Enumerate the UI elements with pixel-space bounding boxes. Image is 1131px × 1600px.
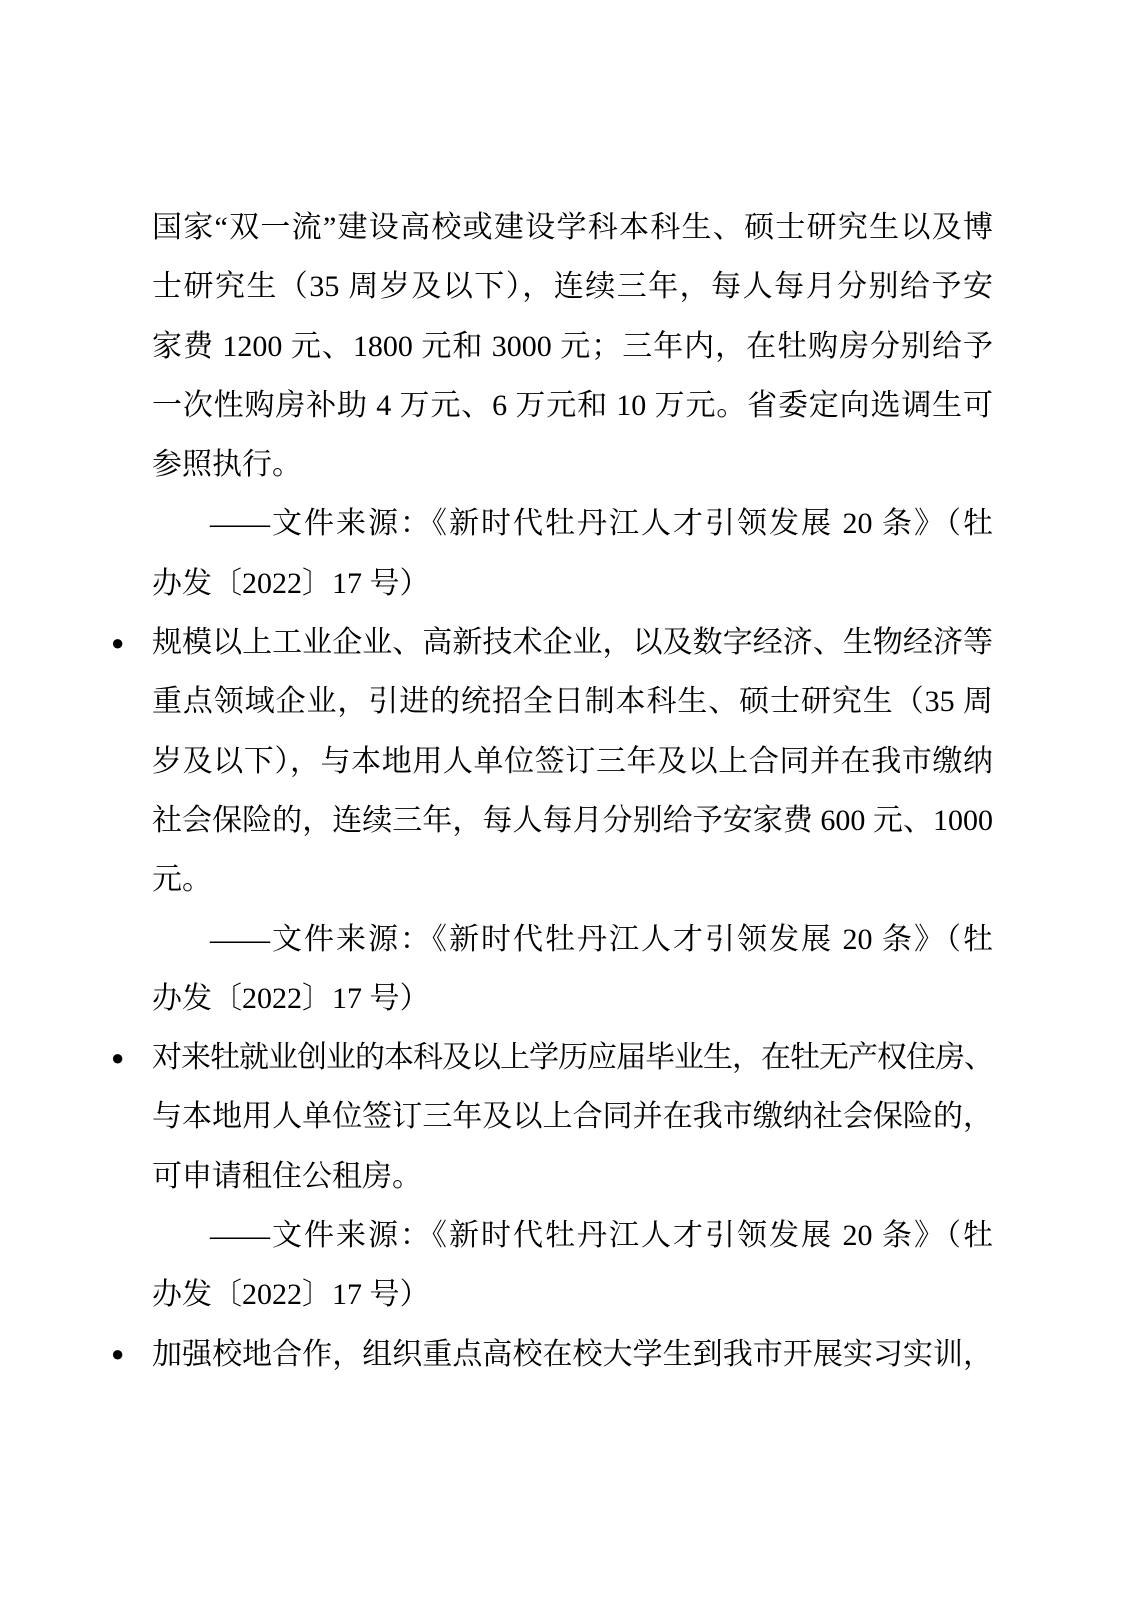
body-text-line: 与本地用人单位签订三年及以上合同并在我市缴纳社会保险的， <box>152 1087 993 1146</box>
source-citation-line: 办发〔2022〕17 号） <box>152 1265 993 1324</box>
bullet-item-line: ●规模以上工业企业、高新技术企业，以及数字经济、生物经济等 <box>152 613 993 672</box>
source-citation-line: ——文件来源：《新时代牡丹江人才引领发展 20 条》（牡 <box>152 910 993 969</box>
body-text-line: 重点领域企业，引进的统招全日制本科生、硕士研究生（35 周 <box>152 672 993 731</box>
body-text-line: 国家“双一流”建设高校或建设学科本科生、硕士研究生以及博 <box>152 198 993 257</box>
document-page: 国家“双一流”建设高校或建设学科本科生、硕士研究生以及博 士研究生（35 周岁及… <box>0 0 1131 1600</box>
body-text-line: 社会保险的，连续三年，每人每月分别给予安家费 600 元、1000 <box>152 791 993 850</box>
body-text-line: 可申请租住公租房。 <box>152 1147 993 1206</box>
source-citation-line: 办发〔2022〕17 号） <box>152 554 993 613</box>
source-citation-line: ——文件来源：《新时代牡丹江人才引领发展 20 条》（牡 <box>152 494 993 553</box>
body-text-line: 参照执行。 <box>152 435 993 494</box>
body-text-line: 岁及以下），与本地用人单位签订三年及以上合同并在我市缴纳 <box>152 732 993 791</box>
bullet-item-line: ●加强校地合作，组织重点高校在校大学生到我市开展实习实训， <box>152 1325 993 1384</box>
body-text-line: 士研究生（35 周岁及以下），连续三年，每人每月分别给予安 <box>152 257 993 316</box>
bullet-icon: ● <box>111 613 124 672</box>
bullet-icon: ● <box>111 1028 124 1087</box>
body-text-line: 家费 1200 元、1800 元和 3000 元；三年内，在牡购房分别给予 <box>152 317 993 376</box>
body-text-line: 一次性购房补助 4 万元、6 万元和 10 万元。省委定向选调生可 <box>152 376 993 435</box>
bullet-item-text: 规模以上工业企业、高新技术企业，以及数字经济、生物经济等 <box>152 626 993 659</box>
source-citation-line: ——文件来源：《新时代牡丹江人才引领发展 20 条》（牡 <box>152 1206 993 1265</box>
bullet-item-text: 对来牡就业创业的本科及以上学历应届毕业生，在牡无产权住房、 <box>152 1041 993 1074</box>
document-body: 国家“双一流”建设高校或建设学科本科生、硕士研究生以及博 士研究生（35 周岁及… <box>152 198 993 1384</box>
bullet-item-line: ●对来牡就业创业的本科及以上学历应届毕业生，在牡无产权住房、 <box>152 1028 993 1087</box>
source-citation-line: 办发〔2022〕17 号） <box>152 969 993 1028</box>
bullet-item-text: 加强校地合作，组织重点高校在校大学生到我市开展实习实训， <box>152 1338 993 1371</box>
body-text-line: 元。 <box>152 850 993 909</box>
bullet-icon: ● <box>111 1325 124 1384</box>
